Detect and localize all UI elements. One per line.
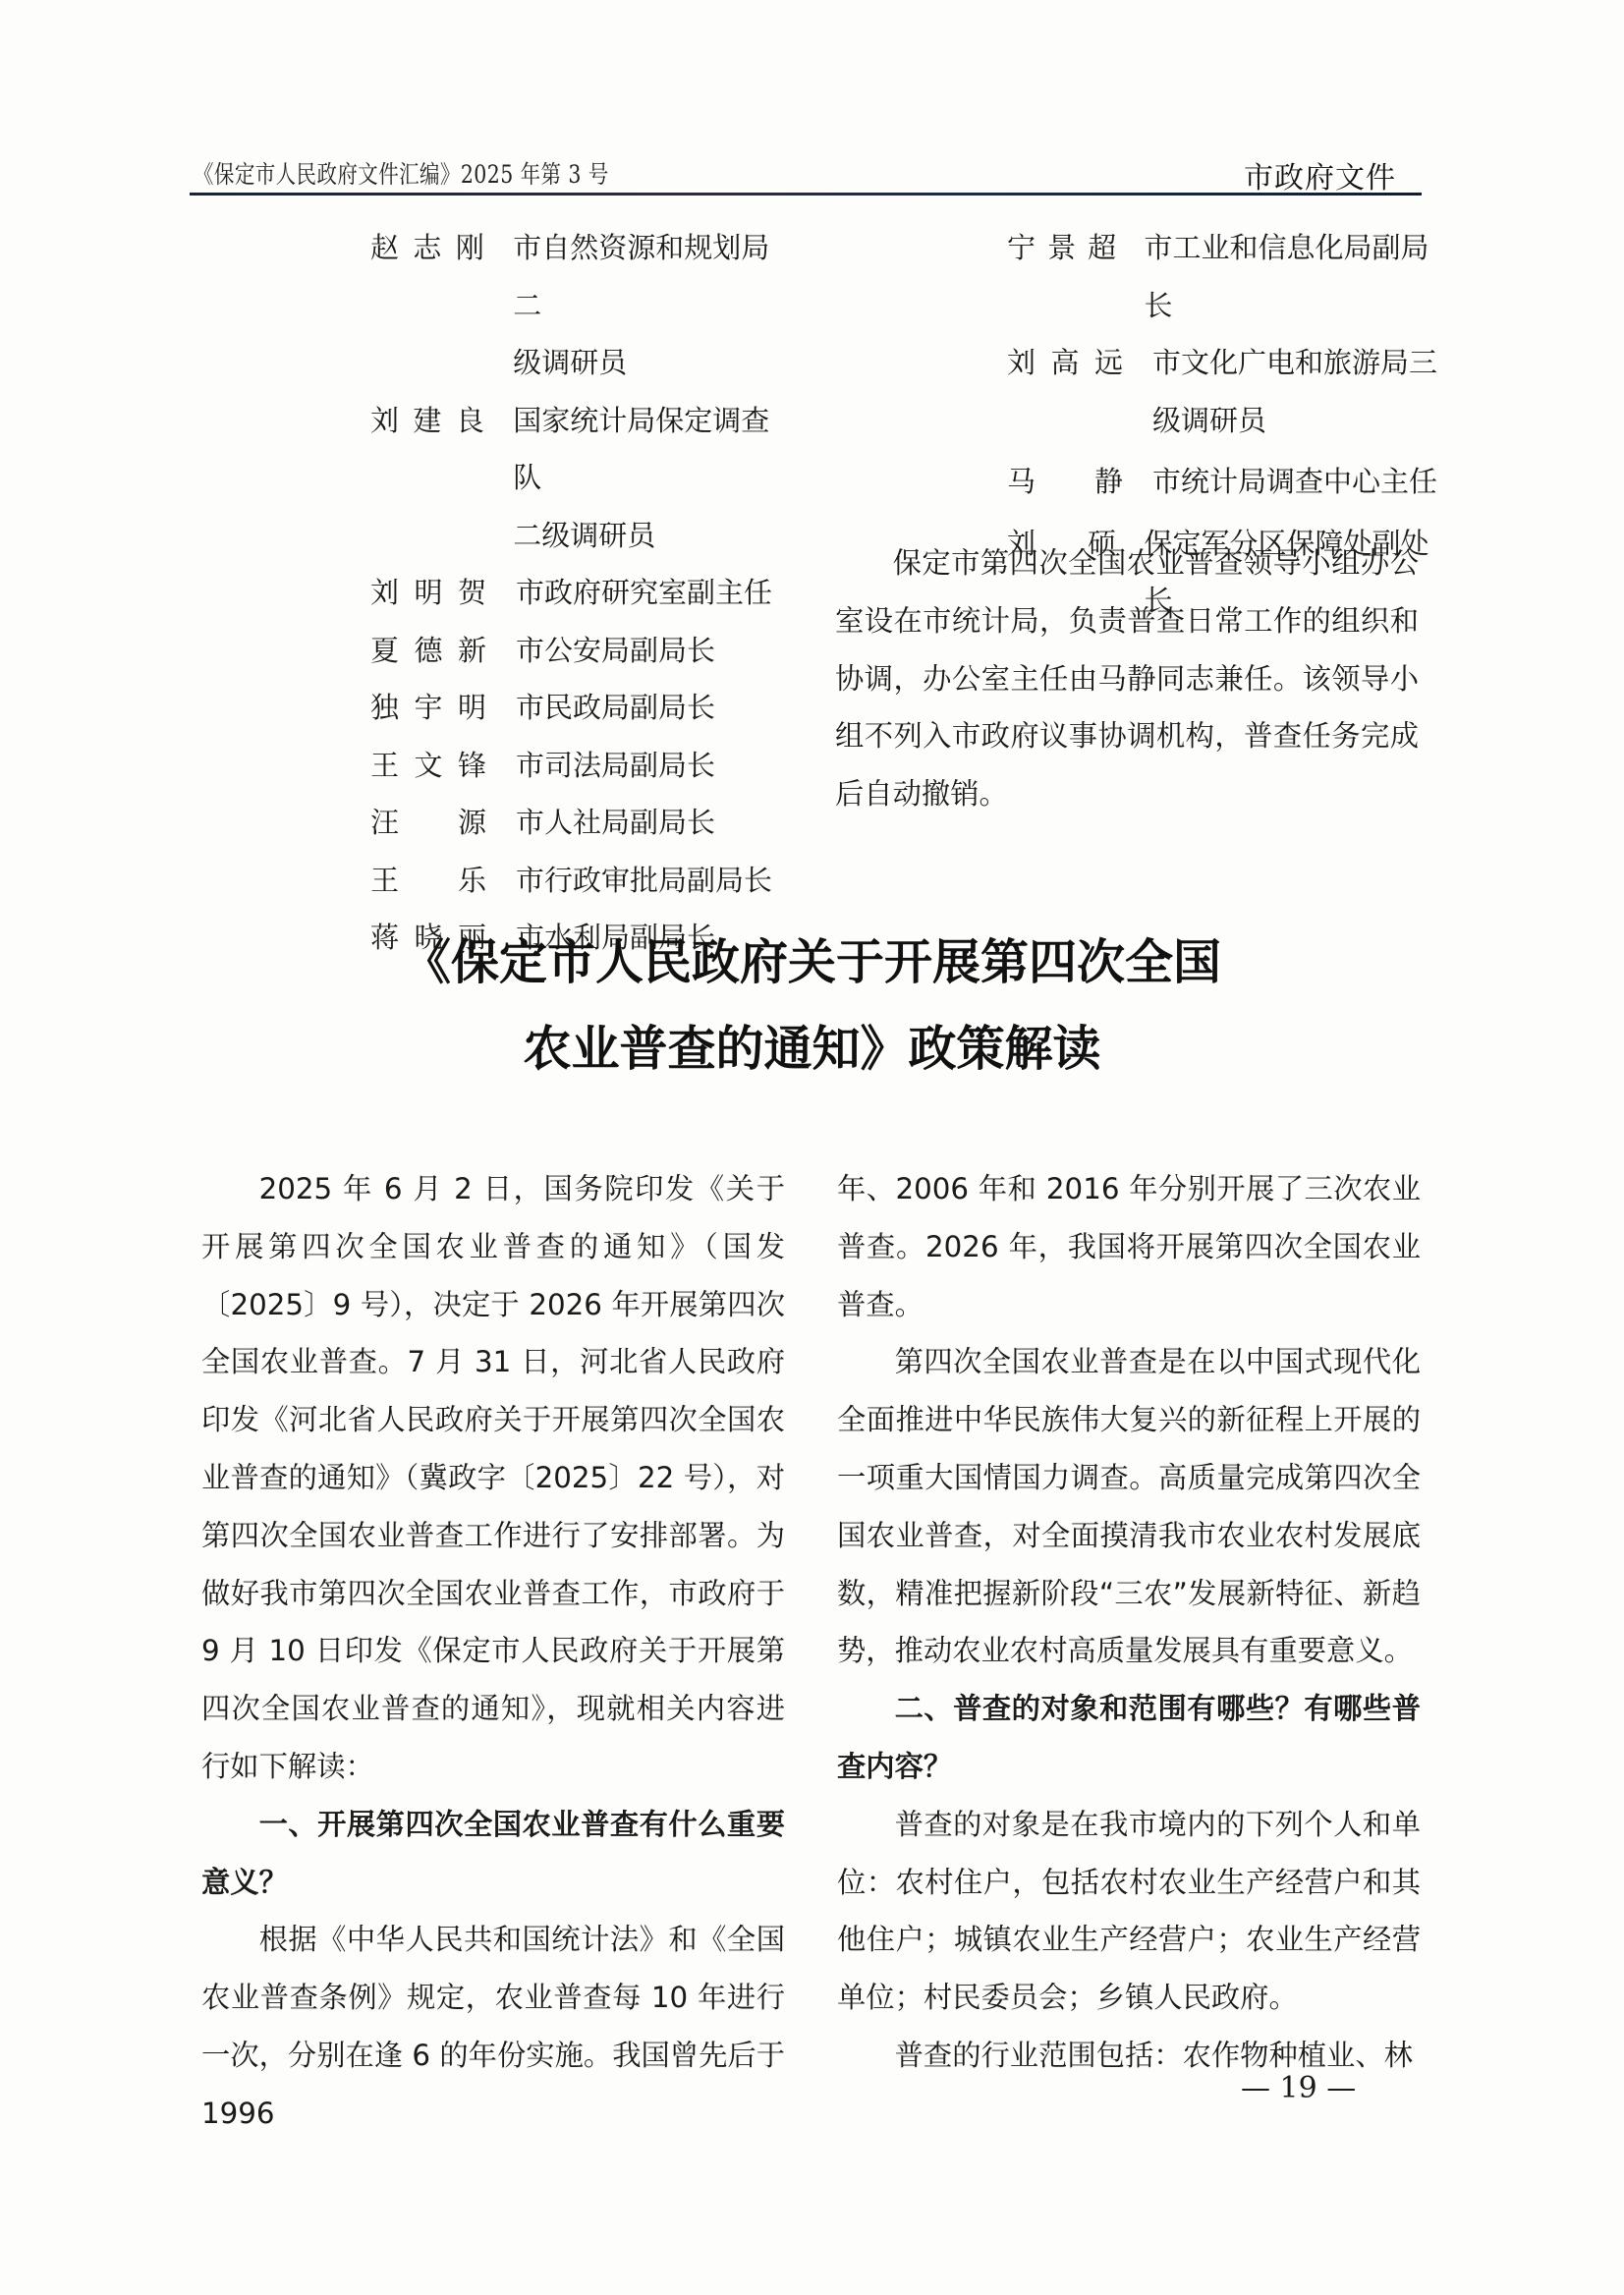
member-name: 夏德新	[370, 622, 486, 680]
page-number: — 19 —	[1241, 2071, 1356, 2105]
article-title-line1: 《保定市人民政府关于开展第四次全国	[0, 919, 1624, 1005]
member-title: 市自然资源和规划局二 级调研员	[513, 219, 793, 392]
left-column: 2025 年 6 月 2 日，国务院印发《关于开展第四次全国农业普查的通知》（国…	[201, 1160, 785, 2143]
roster-row: 刘建良国家统计局保定调查队 二级调研员	[370, 392, 793, 565]
member-name: 独宇明	[370, 679, 486, 737]
article-title: 《保定市人民政府关于开展第四次全国 农业普查的通知》政策解读	[0, 919, 1624, 1092]
member-name: 赵志刚	[370, 219, 484, 392]
roster-left: 赵志刚市自然资源和规划局二 级调研员 刘建良国家统计局保定调查队 二级调研员 刘…	[370, 219, 793, 967]
heading-1: 一、开展第四次全国农业普查有什么重要意义？	[201, 1796, 785, 1912]
paragraph: 普查的对象是在我市境内的下列个人和单位：农村住户，包括农村农业生产经营户和其他住…	[837, 1796, 1421, 2027]
roster-row: 王 乐市行政审批局副局长	[370, 852, 793, 910]
roster-row: 夏德新市公安局副局长	[370, 622, 793, 680]
section-label: 市政府文件	[1244, 153, 1396, 196]
paragraph-continued: 年、2006 年和 2016 年分别开展了三次农业普查。2026 年，我国将开展…	[837, 1160, 1421, 1333]
member-name: 刘明贺	[370, 564, 486, 622]
member-title: 市文化广电和旅游局三 级调研员	[1152, 334, 1437, 449]
member-title: 市行政审批局副局长	[516, 852, 772, 910]
roster-row: 独宇明市民政局副局长	[370, 679, 793, 737]
roster-row: 宁景超市工业和信息化局副局长	[1007, 219, 1439, 334]
header-divider	[190, 193, 1422, 196]
member-name: 王文锋	[370, 737, 486, 795]
member-name: 王 乐	[370, 852, 486, 910]
roster-row: 王文锋市司法局副局长	[370, 737, 793, 795]
member-name: 马 静	[1007, 453, 1123, 511]
member-name: 刘高远	[1007, 334, 1123, 449]
right-column: 年、2006 年和 2016 年分别开展了三次农业普查。2026 年，我国将开展…	[837, 1160, 1421, 2085]
member-name: 汪 源	[370, 794, 486, 852]
member-title: 市工业和信息化局副局长	[1144, 219, 1439, 334]
roster-row: 刘高远市文化广电和旅游局三 级调研员	[1007, 334, 1439, 449]
publication-header: 《保定市人民政府文件汇编》2025 年第 3 号	[194, 155, 609, 191]
paragraph: 根据《中华人民共和国统计法》和《全国农业普查条例》规定，农业普查每 10 年进行…	[201, 1911, 785, 2142]
member-title: 市统计局调查中心主任	[1152, 453, 1437, 511]
article-title-line2: 农业普查的通知》政策解读	[0, 1005, 1624, 1092]
roster-row: 赵志刚市自然资源和规划局二 级调研员	[370, 219, 793, 392]
heading-2: 二、普查的对象和范围有哪些？有哪些普查内容？	[837, 1680, 1421, 1796]
roster-row: 马 静市统计局调查中心主任	[1007, 453, 1439, 511]
member-title: 市政府研究室副主任	[516, 564, 772, 622]
paragraph: 第四次全国农业普查是在以中国式现代化全面推进中华民族伟大复兴的新征程上开展的一项…	[837, 1333, 1421, 1680]
member-title: 国家统计局保定调查队 二级调研员	[513, 392, 793, 565]
office-note: 保定市第四次全国农业普查领导小组办公室设在市统计局，负责普查日常工作的组织和协调…	[835, 534, 1419, 823]
member-title: 市民政局副局长	[516, 679, 715, 737]
member-name: 宁景超	[1007, 219, 1116, 334]
member-title: 市公安局副局长	[516, 622, 715, 680]
roster-row: 汪 源市人社局副局长	[370, 794, 793, 852]
roster-row: 刘明贺市政府研究室副主任	[370, 564, 793, 622]
member-name: 刘建良	[370, 392, 484, 565]
intro-paragraph: 2025 年 6 月 2 日，国务院印发《关于开展第四次全国农业普查的通知》（国…	[201, 1160, 785, 1796]
member-title: 市司法局副局长	[516, 737, 715, 795]
member-title: 市人社局副局长	[516, 794, 715, 852]
